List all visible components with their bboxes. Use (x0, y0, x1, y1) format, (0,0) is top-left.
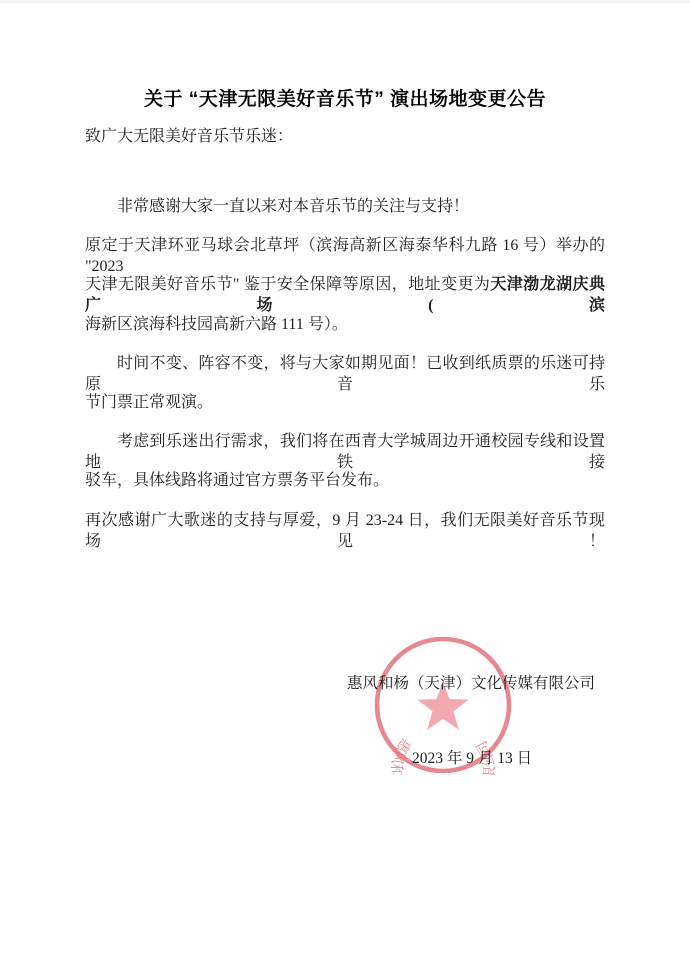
body-line: 时间不变、阵容不变，将与大家如期见面！已收到纸质票的乐迷可持原音乐 (85, 353, 605, 392)
body-text-segment: 天津无限美好音乐节" 鉴于安全保障等原因，地址变更为 (85, 276, 490, 293)
body-text-segment: 考虑到乐迷出行需求，我们将在西青大学城周边开通校园专线和设置地铁接 (85, 433, 605, 470)
body-line: 节门票正常观演。 (85, 392, 605, 431)
body-line: 原定于天津环亚马球会北草坪（滨海高新区海泰华科九路 16 号）举办的 "2023 (85, 235, 605, 274)
body-text-segment: 海新区滨海科技园高新六路 111 号）。 (85, 316, 348, 333)
salutation-line: 致广大无限美好音乐节乐迷： (85, 123, 293, 146)
body-line: 驳车，具体线路将通过官方票务平台发布。 (85, 470, 605, 509)
body-text-segment: 原定于天津环亚马球会北草坪（滨海高新区海泰华科九路 16 号）举办的 "2023 (85, 237, 605, 274)
body-text-segment: 再次感谢广大歌迷的支持与厚爱，9 月 23-24 日，我们无限美好音乐节现场见！ (85, 512, 605, 549)
announcement-page: { "page": { "background": "#ffffff", "to… (0, 0, 690, 976)
body-line: 天津无限美好音乐节" 鉴于安全保障等原因，地址变更为天津渤龙湖庆典广场(滨 (85, 274, 605, 313)
body-line: 考虑到乐迷出行需求，我们将在西青大学城周边开通校园专线和设置地铁接 (85, 431, 605, 470)
body-text-segment: 非常感谢大家一直以来对本音乐节的关注与支持！ (117, 198, 469, 215)
body-line: 海新区滨海科技园高新六路 111 号）。 (85, 314, 605, 353)
body-text-segment: 驳车，具体线路将通过官方票务平台发布。 (85, 472, 389, 489)
body-text-segment: 节门票正常观演。 (85, 394, 213, 411)
body-text-segment: 时间不变、阵容不变，将与大家如期见面！已收到纸质票的乐迷可持原音乐 (85, 355, 605, 392)
signature-date: 2023 年 9 月 13 日 (412, 746, 532, 768)
body-line: 再次感谢广大歌迷的支持与厚爱，9 月 23-24 日，我们无限美好音乐节现场见！ (85, 510, 605, 549)
signature-company: 惠风和杨（天津）文化传媒有限公司 (347, 671, 595, 693)
announcement-body: 非常感谢大家一直以来对本音乐节的关注与支持！原定于天津环亚马球会北草坪（滨海高新… (85, 196, 605, 549)
page-title: 关于 “天津无限美好音乐节” 演出场地变更公告 (0, 84, 690, 111)
page-top-edge (0, 0, 690, 3)
body-line: 非常感谢大家一直以来对本音乐节的关注与支持！ (85, 196, 605, 235)
